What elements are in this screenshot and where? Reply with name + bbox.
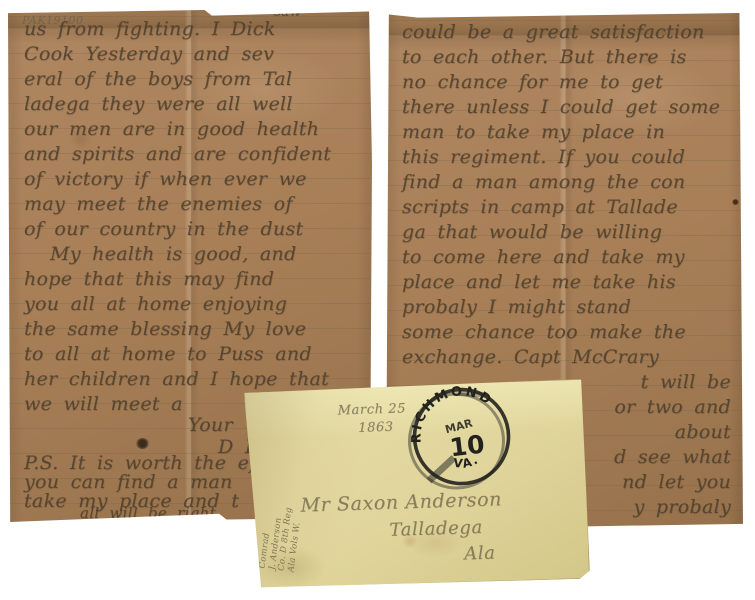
- letter-line: and spirits and are confident: [24, 143, 331, 165]
- envelope: Comrad J. Anderson Co. D 8th Reg Ala Vol…: [244, 379, 590, 590]
- letter-line: us from fighting. I Dick: [24, 18, 276, 40]
- letter-line-fragment: about: [675, 421, 731, 443]
- envelope-return-address: Comrad J. Anderson Co. D 8th Reg Ala Vol…: [259, 409, 317, 573]
- letter-line: My health is good, and: [50, 243, 297, 265]
- envelope-addressee: Mr Saxon Anderson: [300, 488, 502, 516]
- letter-line: of our country in the dust: [24, 218, 303, 240]
- letter-line: you all at home enjoying: [24, 293, 287, 315]
- envelope-city: Talladega: [389, 517, 483, 541]
- letter-line-fragment: nd let you: [622, 471, 731, 493]
- letter-line: exchange. Capt McCrary: [402, 346, 659, 368]
- letter-line: could be a great satisfaction: [402, 21, 705, 43]
- postmark-rate: 10: [448, 429, 486, 462]
- ink-blot: [136, 438, 149, 449]
- postscript-line: all will be right: [80, 504, 216, 522]
- pencil-date-year: 1863: [358, 420, 394, 436]
- letter-line: no chance for me to get: [402, 71, 663, 93]
- letter-line: probaly I might stand: [402, 296, 631, 318]
- letter-line: the same blessing My love: [24, 318, 306, 340]
- letter-line: there unless I could get some: [402, 96, 720, 118]
- paper-speck: [732, 199, 739, 205]
- letter-line: this regiment. If you could: [402, 146, 685, 168]
- inserted-word: saw: [274, 10, 302, 20]
- letter-line: scripts in camp at Tallade: [402, 196, 678, 218]
- signature-line: Your: [188, 414, 233, 436]
- letter-line: some chance too make the: [402, 321, 686, 343]
- letter-line: to all at home to Puss and: [24, 343, 312, 365]
- letter-line: we will meet a: [24, 393, 183, 415]
- letter-line: hope that this may find: [24, 268, 274, 290]
- letter-line: of victory if when ever we: [24, 168, 307, 190]
- letter-line: to come here and take my: [402, 246, 685, 268]
- letter-line: may meet the enemies of: [24, 193, 293, 215]
- letter-photograph: PAK19100 saw us from fighting. I Dick Co…: [0, 0, 755, 600]
- envelope-state: Ala: [464, 543, 496, 565]
- letter-line: her children and I hope that: [24, 368, 329, 390]
- letter-line-fragment: y probaly: [634, 496, 731, 518]
- letter-line: Cook Yesterday and sev: [24, 43, 274, 65]
- letter-line: eral of the boys from Tal: [24, 68, 292, 90]
- letter-line: to each other. But there is: [402, 46, 687, 68]
- letter-line: ladega they were all well: [24, 93, 293, 115]
- letter-line-fragment: d see what: [614, 446, 731, 468]
- letter-line: find a man among the con: [402, 171, 685, 193]
- letter-line: place and let me take his: [402, 271, 676, 293]
- letter-line: ga that would be willing: [402, 221, 662, 243]
- letter-line: man to take my place in: [402, 121, 665, 143]
- letter-line-fragment: t will be: [641, 371, 731, 393]
- letter-line: our men are in good health: [24, 118, 319, 140]
- letter-line-fragment: or two and: [614, 396, 731, 418]
